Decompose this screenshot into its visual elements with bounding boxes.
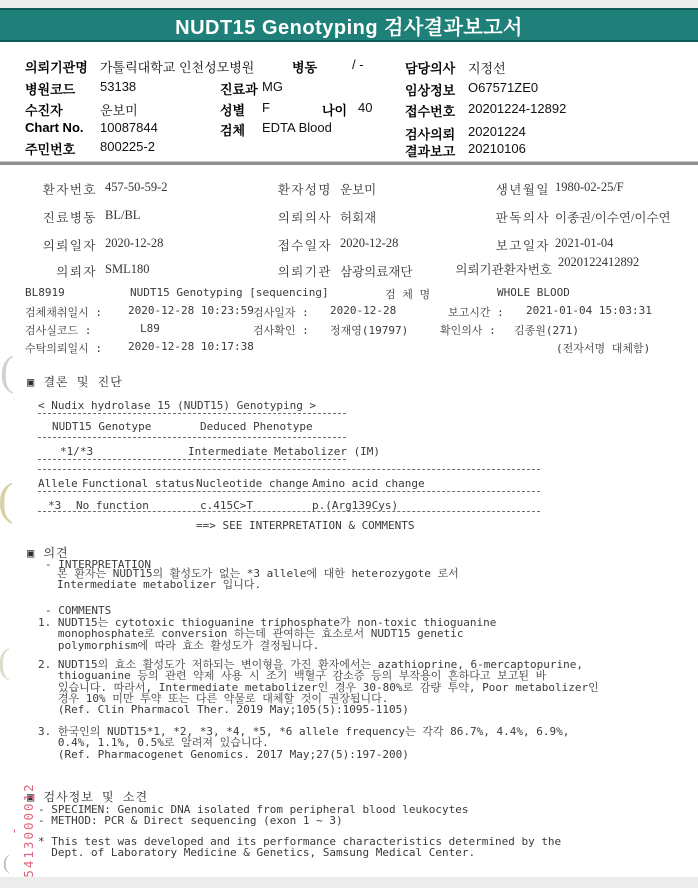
- genotype-value: *1/*3: [60, 445, 93, 458]
- allele-header: Amino acid change: [312, 477, 425, 490]
- info-label: Chart No.: [25, 120, 84, 135]
- reporttime-label: 보고시간 :: [448, 304, 504, 320]
- info-label: 담당의사: [405, 58, 455, 77]
- info-label: 성별: [220, 100, 245, 119]
- info-value: 800225-2: [100, 139, 155, 154]
- patient-label: 의뢰의사: [254, 208, 332, 226]
- patient-value: 2021-01-04: [555, 236, 613, 251]
- title-bar: NUDT15 Genotyping 검사결과보고서: [0, 8, 698, 42]
- info-value: 10087844: [100, 120, 158, 135]
- info-value: O67571ZE0: [468, 80, 538, 95]
- patient-value: 운보미: [340, 180, 376, 198]
- entrust-value: 2020-12-28 10:17:38: [128, 340, 254, 353]
- info-value: 20201224: [468, 124, 526, 139]
- patient-value: 457-50-59-2: [105, 180, 168, 195]
- info-value: 운보미: [100, 100, 138, 119]
- labcode-value: L89: [140, 322, 160, 335]
- verify-label: 검사확인 :: [253, 322, 309, 338]
- patient-label: 의뢰자: [25, 262, 97, 280]
- info-label: 진료과: [220, 79, 258, 98]
- info-label: 의뢰기관명: [25, 57, 88, 76]
- dashed-divider: [38, 469, 540, 470]
- dashed-divider: [38, 491, 540, 492]
- info-value: 20201224-12892: [468, 101, 566, 116]
- info-label: 검체: [220, 120, 245, 139]
- genotype-header: NUDT15 Genotype: [52, 420, 151, 433]
- collect-label: 검체채취일시 :: [25, 304, 102, 320]
- patient-label: 진료병동: [25, 208, 97, 226]
- patient-value: 이종권/이수연/이수연: [555, 208, 671, 226]
- patient-label: 환자성명: [254, 180, 332, 198]
- patient-value: 삼광의료재단: [340, 262, 412, 280]
- specimen-name-value: WHOLE BLOOD: [497, 286, 570, 299]
- report-page: { "colors": {"accent_teal": "#1e8078", "…: [0, 0, 698, 888]
- side-document-number: - 5413000012: [6, 775, 22, 885]
- patient-value: 허회재: [340, 208, 376, 226]
- verify-value: 정재영(19797): [330, 322, 408, 338]
- info-label: 주민번호: [25, 139, 75, 158]
- test-name: NUDT15 Genotyping [sequencing]: [130, 286, 329, 299]
- specimen-name-label: 검 체 명: [385, 286, 430, 302]
- labcode-label: 검사실코드 :: [25, 322, 91, 338]
- allele-header: Nucleotide change: [196, 477, 309, 490]
- testinfo-note: * This test was developed and its perfor…: [38, 836, 561, 859]
- patient-value: 1980-02-25/F: [555, 180, 624, 195]
- esign-note: (전자서명 대체함): [556, 340, 650, 356]
- dashed-divider: [38, 437, 346, 438]
- patient-label: 환자번호: [25, 180, 97, 198]
- patient-value: 2020-12-28: [105, 236, 163, 251]
- patient-value: 2020122412892: [558, 256, 646, 268]
- dashed-divider: [38, 459, 346, 460]
- patient-label: 의뢰일자: [25, 236, 97, 254]
- interpretation-body: 본 환자는 NUDT15의 활성도가 없는 *3 allele에 대한 hete…: [57, 568, 459, 591]
- reporttime-value: 2021-01-04 15:03:31: [526, 304, 652, 317]
- comment-item: 2. NUDT15의 효소 활성도가 저하되는 변이형을 가진 환자에서는 az…: [38, 659, 599, 715]
- comment-item: 1. NUDT15는 cytotoxic thioguanine triphos…: [38, 617, 496, 651]
- info-label: 병동: [292, 57, 317, 76]
- info-value: / -: [352, 57, 364, 72]
- see-note: ==> SEE INTERPRETATION & COMMENTS: [196, 519, 415, 532]
- allele-header: Functional status: [82, 477, 195, 490]
- conclusion-subtitle: < Nudix hydrolase 15 (NUDT15) Genotyping…: [38, 399, 316, 412]
- confirm-value: 김종원(271): [514, 322, 579, 338]
- testdate-label: 검사일자 :: [253, 304, 309, 320]
- scan-strip-bottom: [0, 877, 698, 888]
- info-label: 나이: [322, 100, 347, 119]
- info-value: 20210106: [468, 141, 526, 156]
- patient-label: 보고일자: [440, 236, 550, 254]
- collect-value: 2020-12-28 10:23:59: [128, 304, 254, 317]
- testinfo-body: - SPECIMEN: Genomic DNA isolated from pe…: [38, 804, 468, 827]
- scan-artifact: (: [0, 472, 13, 525]
- patient-value: 2020-12-28: [340, 236, 398, 251]
- info-label: 접수번호: [405, 101, 455, 120]
- specimen-code: BL8919: [25, 286, 65, 299]
- patient-value: SML180: [105, 262, 149, 277]
- patient-label: 의뢰기관환자번호: [440, 260, 552, 278]
- entrust-label: 수탁의뢰일시 :: [25, 340, 102, 356]
- info-value: 지정선: [468, 58, 506, 77]
- page-title: NUDT15 Genotyping 검사결과보고서: [175, 11, 523, 40]
- section-divider: [0, 161, 698, 165]
- info-value: 가톨릭대학교 인천성모병원: [100, 57, 254, 76]
- scan-artifact: (: [0, 640, 10, 682]
- dashed-divider: [38, 511, 540, 512]
- patient-value: BL/BL: [105, 208, 140, 223]
- confirm-label: 확인의사 :: [440, 322, 496, 338]
- scan-artifact: (: [0, 348, 14, 396]
- comment-item: 3. 한국인의 NUDT15*1, *2, *3, *4, *5, *6 all…: [38, 726, 569, 760]
- patient-label: 생년월일: [440, 180, 550, 198]
- info-value: 53138: [100, 79, 136, 94]
- conclusion-section-title: ▣ 결론 및 진단: [27, 373, 123, 390]
- phenotype-value: Intermediate Metabolizer (IM): [188, 445, 380, 458]
- info-label: 결과보고: [405, 141, 455, 160]
- info-label: 수진자: [25, 100, 63, 119]
- patient-label: 접수일자: [254, 236, 332, 254]
- dashed-divider: [38, 413, 346, 414]
- info-value: EDTA Blood: [262, 120, 332, 135]
- info-label: 임상정보: [405, 80, 455, 99]
- info-value: 40: [358, 100, 372, 115]
- patient-label: 판독의사: [440, 208, 550, 226]
- patient-label: 의뢰기관: [254, 262, 332, 280]
- info-label: 병원코드: [25, 79, 75, 98]
- allele-header: Allele: [38, 477, 78, 490]
- scan-strip-top: [0, 0, 698, 8]
- phenotype-header: Deduced Phenotype: [200, 420, 313, 433]
- info-value: MG: [262, 79, 283, 94]
- info-value: F: [262, 100, 270, 115]
- testdate-value: 2020-12-28: [330, 304, 396, 317]
